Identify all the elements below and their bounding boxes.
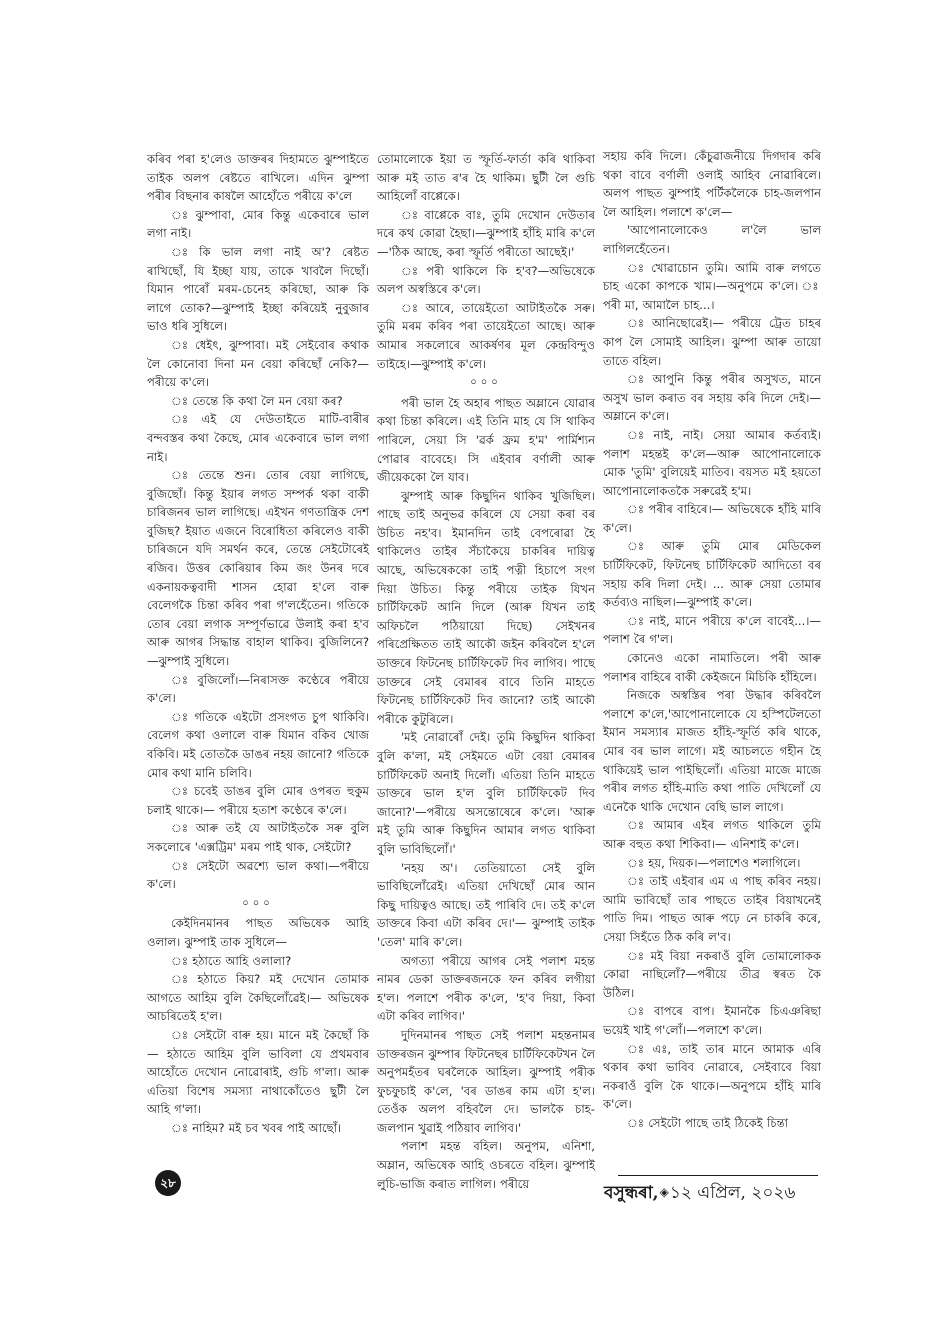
paragraph: ঃ সেইটো বাৰু হয়। মানে মই কৈছোঁ কি — হঠা… — [147, 1026, 369, 1119]
paragraph: 'আপোনালোকেও ল'লৈ ভাল লাগিলহেঁতেন। — [603, 221, 821, 258]
paragraph: ঃ বুজিলোঁ।—নিৰাসক্ত কণ্ঠেৰে পৰীয়ে ক'লে। — [147, 671, 369, 708]
paragraph: ঃ এঃ, তাই তাৰ মানে আমাক এৰি থকাৰ কথা ভাব… — [603, 1040, 821, 1114]
paragraph: পলাশ মহন্ত বহিল। অনুপম, এনিশা, অম্লান, অ… — [377, 1137, 595, 1193]
paragraph: ঃ তেন্তে কি কথা লৈ মন বেয়া কৰ? — [147, 392, 369, 411]
paragraph: কৰিব পৰা হ'লেও ডাক্তৰৰ দিহামতে ঝুম্পাইতে… — [147, 150, 369, 206]
paragraph: ঃ আৰু তুমি মোৰ মেডিকেল চাৰ্টিফিকেট, ফিটন… — [603, 537, 821, 611]
paragraph: ঃ এই যে দেউতাইতে মাটি-বাৰীৰ বন্দবস্তৰ কথ… — [147, 410, 369, 466]
paragraph: ঃ তাই এইবাৰ এম এ পাছ কৰিব নহয়। আমি ভাবি… — [603, 872, 821, 946]
paragraph: ঃ আমাৰ এইৰ লগত থাকিলে তুমি আৰু বহুত কথা … — [603, 816, 821, 853]
text-column-2: তোমালোকে ইয়া ত স্ফূৰ্তি-ফাৰ্তা কৰি থাকি… — [377, 150, 595, 1193]
paragraph: ঃ পৰী থাকিলে কি হ'ব?—অভিষেকে অলপ অস্বস্ত… — [377, 262, 595, 299]
paragraph: ঝুম্পাই আৰু কিছুদিন থাকিব খুজিছিল। পাছে … — [377, 487, 595, 729]
paragraph: ঃ আৰে, তায়েইতো আটাইতকৈ সৰু। তুমি মৰম কৰ… — [377, 299, 595, 373]
diamond-separator-icon: ◈ — [660, 1185, 669, 1199]
paragraph: ঃ বাপ্পেকে বাঃ, তুমি দেখোন দেউতাৰ দৰে কথ… — [377, 206, 595, 262]
paragraph: ঃ আনিছোৱেই।— পৰীয়ে ট্ৰেত চাহৰ কাপ লৈ সো… — [603, 314, 821, 370]
paragraph: ঃ আৰু তই যে আটাইতকৈ সৰু বুলি সকলোৰে 'এক্… — [147, 819, 369, 856]
section-break: ০০০ — [147, 895, 369, 914]
text-column-1: কৰিব পৰা হ'লেও ডাক্তৰৰ দিহামতে ঝুম্পাইতে… — [147, 150, 369, 1137]
paragraph: ঃ নাই, নাই। সেয়া আমাৰ কৰ্তব্যই। পলাশ মহ… — [603, 426, 821, 500]
paragraph: পৰী ভাল হৈ অহাৰ পাছত অম্লানে যোৱাৰ কথা চ… — [377, 394, 595, 487]
paragraph: ঃ হঠাতে কিয়? মই দেখোন তোমাক আগতে আহিম ব… — [147, 970, 369, 1026]
paragraph: নিজকে অস্বস্তিৰ পৰা উদ্ধাৰ কৰিবলৈ পলাশে … — [603, 686, 821, 816]
paragraph: ঃ হঠাতে আহি ওলালা? — [147, 952, 369, 971]
paragraph: ঃ সেইটো পাছে তাই ঠিকেই চিন্তা — [603, 1114, 821, 1133]
paragraph: ঃ নাই, মানে পৰীয়ে ক'লে বাবেই...।— পলাশ … — [603, 612, 821, 649]
paragraph: কোনেও একো নামাতিলে। পৰী আৰু পলাশৰ বাহিৰে… — [603, 649, 821, 686]
paragraph: ঃ কি ভাল লগা নাই অ'? ৰেষ্টত ৰাখিছোঁ, যি … — [147, 243, 369, 336]
paragraph: কেইদিনমানৰ পাছত অভিষেক আহি ওলাল। ঝুম্পাই… — [147, 914, 369, 951]
paragraph: অগত্যা পৰীয়ে আগৰ সেই পলাশ মহন্ত নামৰ ডে… — [377, 952, 595, 1026]
page-number-badge: ২৮ — [155, 1170, 181, 1196]
footer-masthead: বসুন্ধৰা,◈১২ এপ্ৰিল, ২০২৬ — [604, 1180, 824, 1208]
paragraph: 'মই নোৱাৰোঁ দেই। তুমি কিছুদিন থাকিবা বুল… — [377, 728, 595, 858]
magazine-name: বসুন্ধৰা, — [604, 1183, 659, 1203]
paragraph: ঃ খোৱাচোন তুমি। আমি বাৰু লগতে চাহ একো কা… — [603, 259, 821, 315]
paragraph: সহায় কৰি দিলে। কেঁচুৱাজনীয়ে দিগদাৰ কৰি… — [603, 147, 821, 221]
paragraph: ঃ ধেইৎ, ঝুম্পাবা। মই সেইবোৰ কথাক লৈ কোনো… — [147, 336, 369, 392]
paragraph: ঃ মই বিয়া নকৰাওঁ বুলি তোমালোকক কোৱা নাছ… — [603, 947, 821, 1003]
magazine-page: কৰিব পৰা হ'লেও ডাক্তৰৰ দিহামতে ঝুম্পাইতে… — [0, 0, 945, 1337]
paragraph: দুদিনমানৰ পাছত সেই পলাশ মহন্তনামৰ ডাক্তৰ… — [377, 1026, 595, 1138]
paragraph: ঃ পৰীৰ বাহিৰে।— অভিষেকে হাঁহি মাৰি ক'লে। — [603, 500, 821, 537]
paragraph: ঃ চবেই ডাঙৰ বুলি মোৰ ওপৰত হুকুম চলাই থাক… — [147, 782, 369, 819]
section-break: ০০০ — [377, 374, 595, 393]
issue-date: ১২ এপ্ৰিল, ২০২৬ — [670, 1183, 796, 1203]
paragraph: 'নহয় অ'। তেতিয়াতো সেই বুলি ভাবিছিলোঁৱে… — [377, 859, 595, 952]
footer-divider — [618, 1175, 818, 1176]
paragraph: ঃ বাপৰে বাপ। ইমানকৈ চিএঞৰিছা ভয়েই খাই গ… — [603, 1002, 821, 1039]
paragraph: ঃ তেন্তে শুন। তোৰ বেয়া লাগিছে, বুজিছোঁ।… — [147, 466, 369, 671]
paragraph: তোমালোকে ইয়া ত স্ফূৰ্তি-ফাৰ্তা কৰি থাকি… — [377, 150, 595, 206]
text-column-3: সহায় কৰি দিলে। কেঁচুৱাজনীয়ে দিগদাৰ কৰি… — [603, 147, 821, 1132]
paragraph: ঃ সেইটো অৱশ্যে ভাল কথা।—পৰীয়ে ক'লে। — [147, 857, 369, 894]
paragraph: ঃ হয়, দিয়ক।—পলাশেও শলাগিলে। — [603, 854, 821, 873]
paragraph: ঃ নাহিম? মই চব খবৰ পাই আছোঁ। — [147, 1119, 369, 1138]
paragraph: ঃ গতিকে এইটো প্ৰসংগত চুপ থাকিবি। বেলেগ ক… — [147, 708, 369, 782]
paragraph: ঃ আপুনি কিন্তু পৰীৰ অসুখত, মানে অসুখ ভাল… — [603, 370, 821, 426]
paragraph: ঃ ঝুম্পাবা, মোৰ কিন্তু একেবাৰে ভাল লগা ন… — [147, 206, 369, 243]
